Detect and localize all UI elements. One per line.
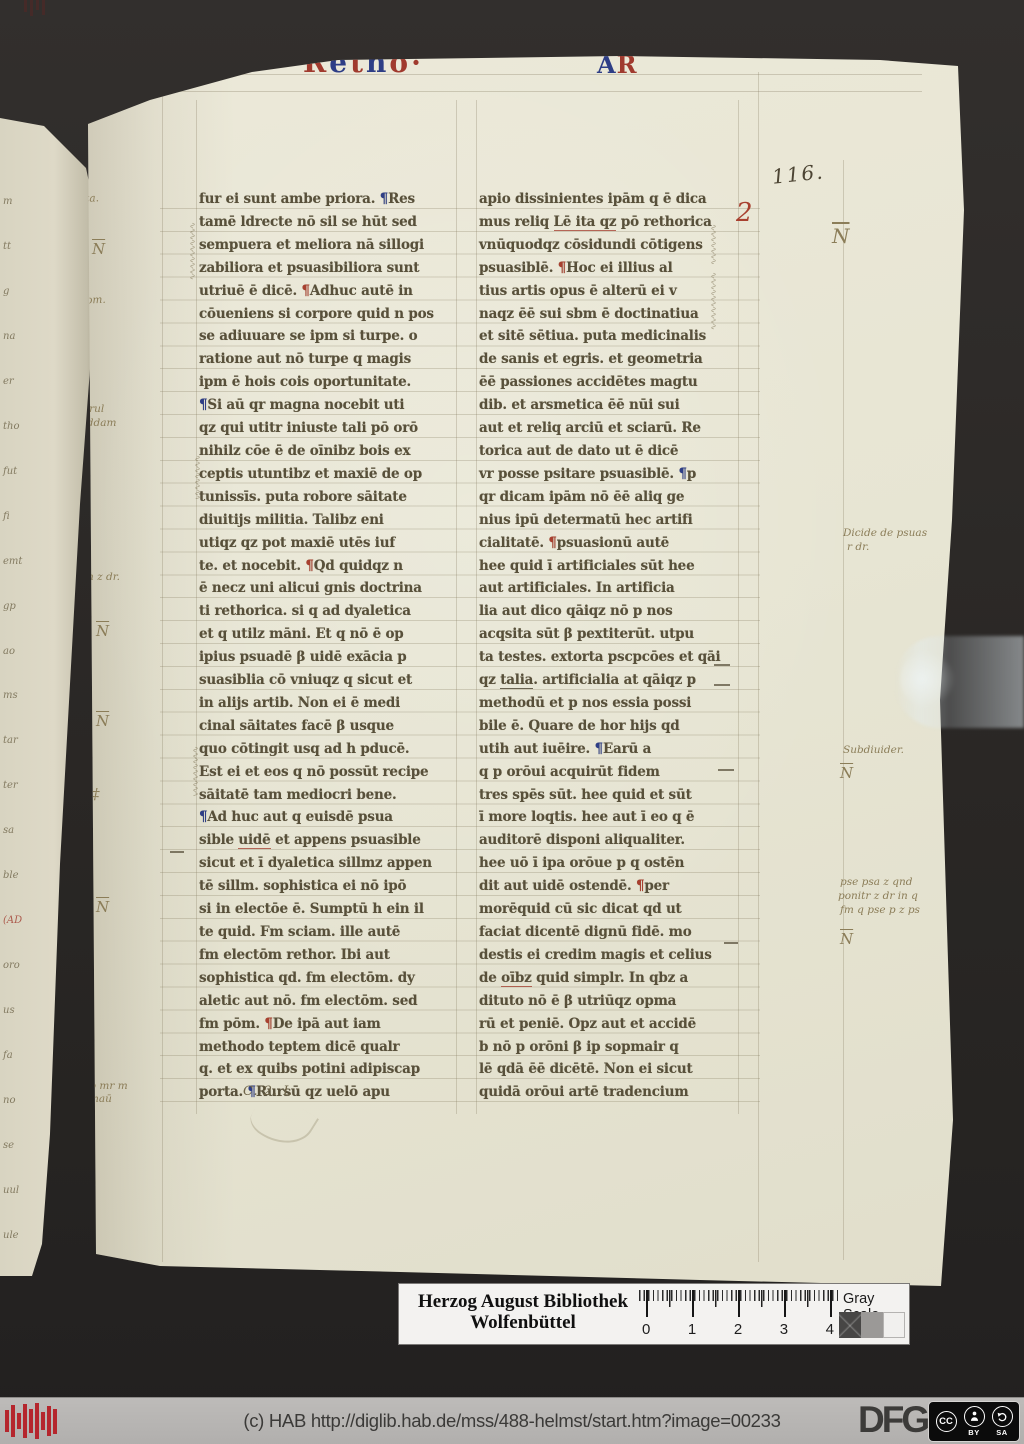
red-pilcrow: ¶ xyxy=(264,1016,272,1032)
nota-mark: N xyxy=(832,224,850,248)
person-icon xyxy=(968,1410,981,1423)
library-name: Herzog August Bibliothek Wolfenbüttel xyxy=(405,1291,641,1333)
ruling-vertical xyxy=(476,100,477,1114)
ruling-top-line xyxy=(160,74,922,75)
facing-page-edge: mttgnaerthofutfiemtgpaomstartersable(ADo… xyxy=(0,84,104,1276)
footer-bar: (c) HAB http://diglib.hab.de/mss/488-hel… xyxy=(0,1397,1024,1444)
blue-pilcrow: ¶ xyxy=(595,741,603,757)
grayscale-patch-mid xyxy=(861,1312,883,1338)
margin-note-dicide-line2: r dr. xyxy=(847,541,869,554)
ruling-vertical xyxy=(162,72,163,1262)
grayscale-patches xyxy=(839,1312,905,1338)
red-pilcrow: ¶ xyxy=(301,283,309,299)
margin-squiggle: ∿∿∿∿∿∿∿∿∿∿ xyxy=(191,746,200,796)
nota-mark: N xyxy=(840,930,853,948)
margin-note-dicide-line1: Dicide de psuas xyxy=(843,527,927,540)
margin-dash xyxy=(714,664,730,666)
library-name-line2: Wolfenbüttel xyxy=(405,1312,641,1333)
text-column-left: fur ei sunt ambe priora. ¶Restamē ldrect… xyxy=(199,188,463,1104)
top-left-calibration-mark xyxy=(24,0,45,16)
margin-note-pse-line3: fm q pse p z ps xyxy=(840,904,920,917)
copyright-url: (c) HAB http://diglib.hab.de/mss/488-hel… xyxy=(212,1410,812,1432)
nota-mark: N xyxy=(96,622,109,640)
nota-mark: N xyxy=(92,240,105,258)
grayscale-patch-dark xyxy=(839,1312,861,1338)
red-pilcrow: ¶ xyxy=(305,558,313,574)
calibration-bar: Herzog August Bibliothek Wolfenbüttel 01… xyxy=(398,1283,910,1345)
grayscale-patch-light xyxy=(883,1312,905,1338)
red-pilcrow: ¶ xyxy=(548,535,556,551)
cc-by-icon: BY xyxy=(964,1406,985,1437)
margin-squiggle: ∿∿∿∿∿∿∿∿∿∿ xyxy=(193,455,202,499)
nota-mark: N xyxy=(96,712,109,730)
running-title-rethorica: Retho· xyxy=(303,46,422,79)
text-column-right: apio dissinientes ipām q ē dicamus reliq… xyxy=(479,188,743,1104)
margin-dash xyxy=(714,684,730,686)
margin-note-pse-line2: ponitr z dr in q xyxy=(838,890,918,903)
cc-icon: CC xyxy=(936,1411,957,1432)
ruler-major-ticks xyxy=(646,1290,834,1317)
ruler-numbers: 01234 xyxy=(642,1321,834,1338)
margin-dash xyxy=(724,942,738,944)
ruling-vertical-margin xyxy=(843,160,844,1260)
share-alike-icon xyxy=(996,1410,1009,1423)
margin-squiggle: ∿∿∿∿∿∿∿∿∿∿ xyxy=(709,272,718,336)
folio-number: 116. xyxy=(771,159,826,188)
nota-mark: N xyxy=(96,898,109,916)
margin-squiggle: ∿∿∿∿∿∿∿∿∿∿ xyxy=(188,222,197,284)
running-title-book-number: AR xyxy=(597,50,637,79)
facing-page-text-fragments: mttgnaerthofutfiemtgpaomstartersable(ADo… xyxy=(3,196,33,1241)
blue-pilcrow: ¶ xyxy=(380,191,388,207)
dfg-logo: DFG xyxy=(858,1399,927,1441)
ruling-vertical xyxy=(758,72,759,1262)
manuscript-page: Retho· AR 116. fur ei sunt ambe priora. … xyxy=(0,0,1024,1444)
photo-stage: mttgnaerthofutfiemtgpaomstartersable(ADo… xyxy=(0,0,1024,1444)
margin-squiggle: ∿∿∿∿∿∿∿∿∿∿ xyxy=(709,224,718,264)
margin-note-pse-line1: pse psa z qnd xyxy=(840,876,912,889)
glass-page-holder xyxy=(894,636,1024,728)
margin-dash xyxy=(170,851,184,853)
margin-cross-mark: ‡ xyxy=(92,785,100,803)
blue-pilcrow: ¶ xyxy=(678,466,686,482)
ruling-top-line-2 xyxy=(160,91,922,92)
cc-sa-icon: SA xyxy=(992,1406,1013,1437)
cc-license-badge: CC BY SA xyxy=(928,1401,1020,1442)
red-pilcrow: ¶ xyxy=(558,260,566,276)
library-name-line1: Herzog August Bibliothek xyxy=(405,1291,641,1312)
hab-logo xyxy=(5,1403,57,1439)
margin-note-bottom-line2: tonie tolnaū xyxy=(48,1093,112,1106)
margin-note-subdivider: Subdiuider. xyxy=(843,744,904,757)
margin-red-numeral: 2 xyxy=(736,198,753,228)
nota-mark: N xyxy=(840,764,853,782)
margin-dash xyxy=(718,769,734,771)
